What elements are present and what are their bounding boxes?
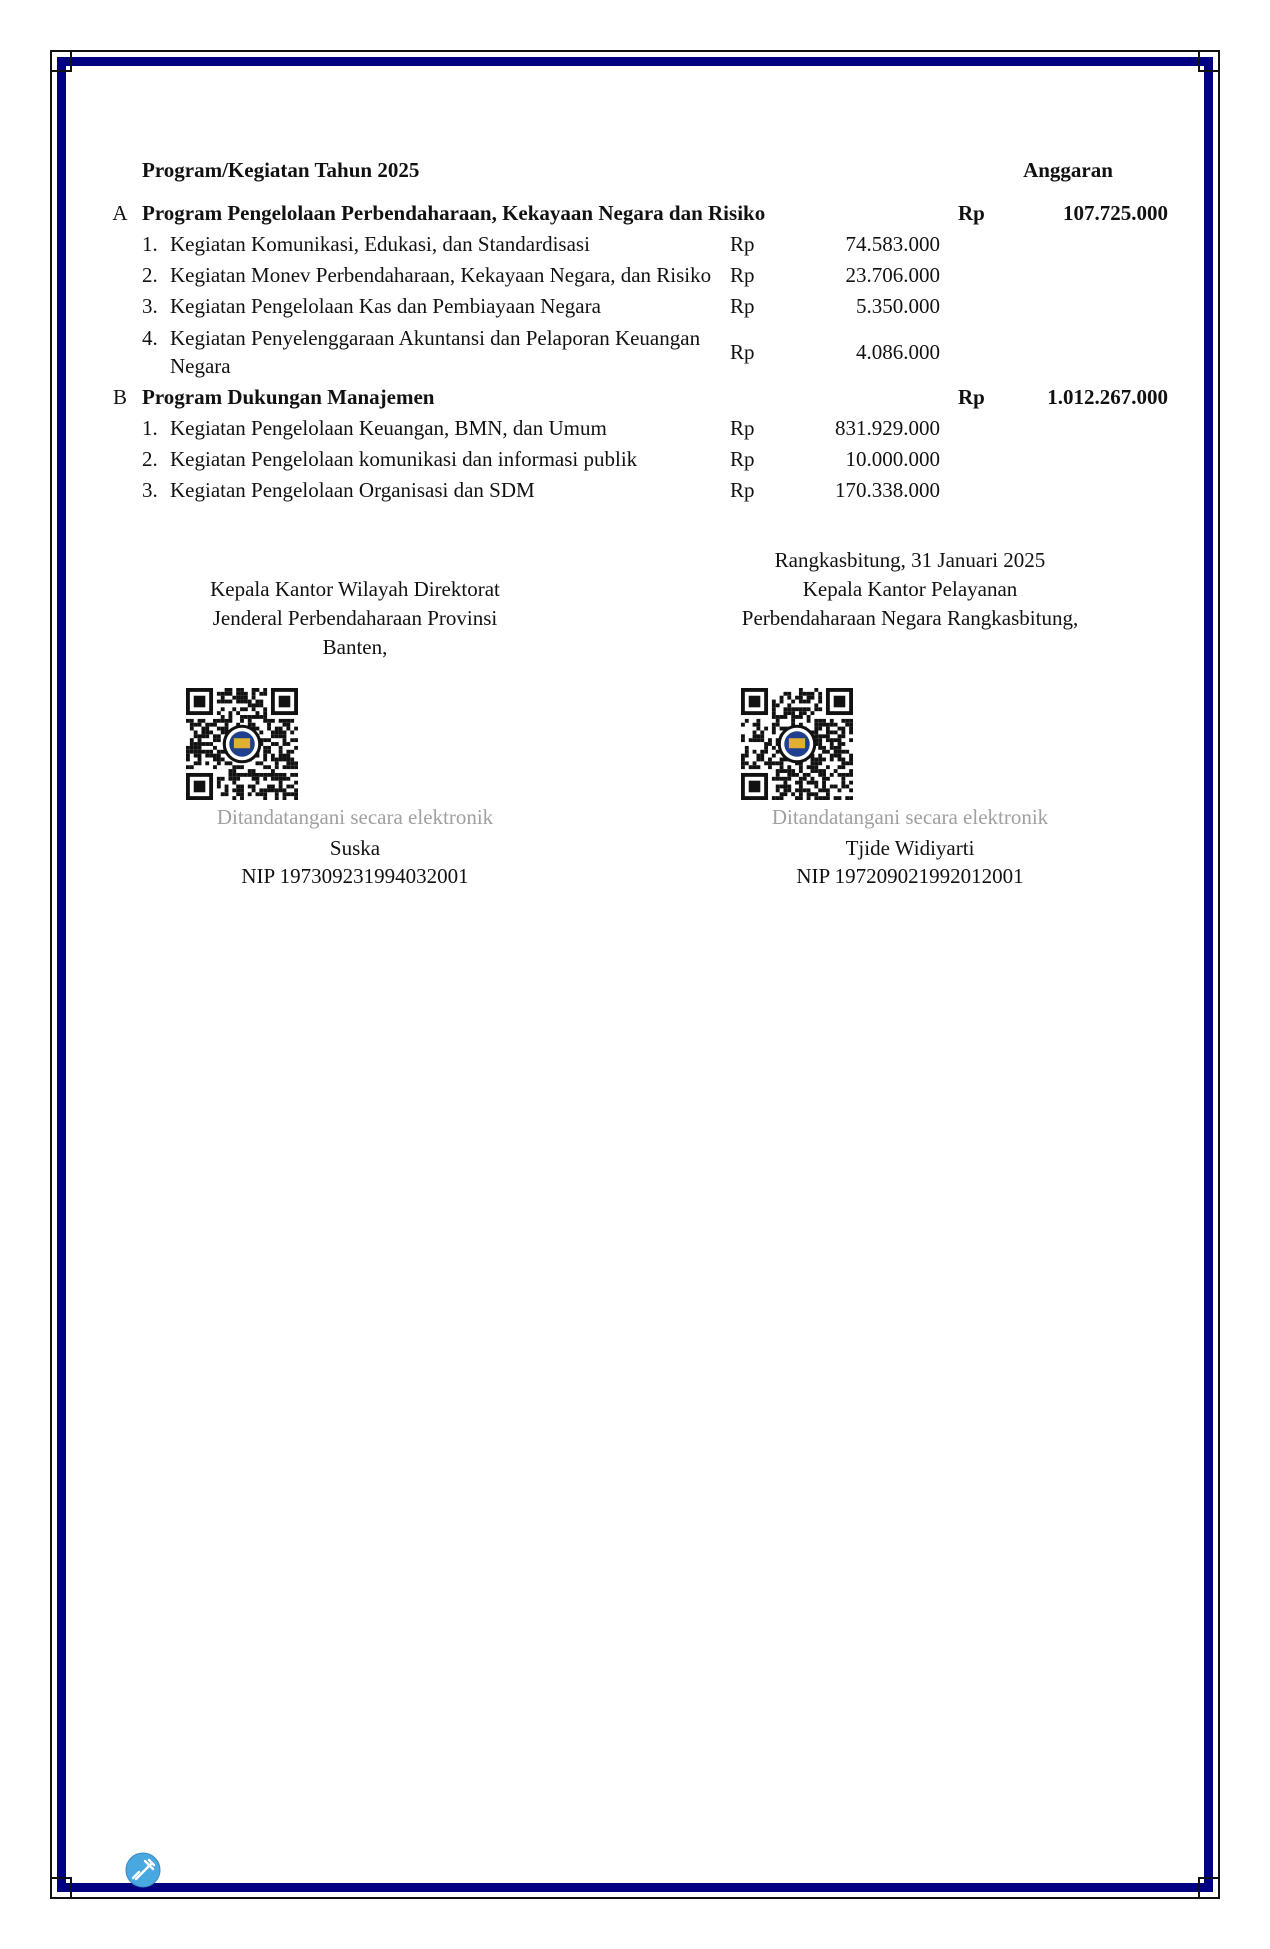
- signer-name: Suska: [160, 834, 550, 862]
- activity-number: 4.: [142, 324, 170, 352]
- activity-amount: 10.000.000: [790, 444, 940, 475]
- program-letter: A: [98, 198, 142, 229]
- activity-amount: 170.338.000: [790, 475, 940, 506]
- activity-label: Kegiatan Pengelolaan Organisasi dan SDM: [170, 475, 730, 506]
- currency: Rp: [730, 475, 790, 506]
- activity-number: 3.: [142, 291, 170, 322]
- signer-nip: NIP 197309231994032001: [160, 862, 550, 890]
- activity-number: 2.: [142, 444, 170, 475]
- signer-right: Tjide Widiyarti NIP 197209021992012001: [715, 834, 1105, 890]
- program-label: Program Dukungan Manajemen: [142, 382, 958, 413]
- activity-amount: 831.929.000: [790, 413, 940, 444]
- signer-title-line: Perbendaharaan Negara Rangkasbitung,: [680, 604, 1140, 633]
- table-header: Program/Kegiatan Tahun 2025 Anggaran: [98, 155, 1168, 186]
- activity-row: 2.Kegiatan Monev Perbendaharaan, Kekayaa…: [98, 260, 1168, 291]
- activity-number: 3.: [142, 475, 170, 506]
- signer-title-line: Kepala Kantor Wilayah Direktorat: [160, 575, 550, 604]
- signer-title-line: Banten,: [160, 633, 550, 662]
- currency: Rp: [730, 229, 790, 260]
- header-program: Program/Kegiatan Tahun 2025: [142, 155, 998, 186]
- activity-label: Kegiatan Pengelolaan Keuangan, BMN, dan …: [170, 413, 730, 444]
- currency: Rp: [730, 338, 790, 366]
- corner-ornament: [1198, 50, 1220, 72]
- activity-amount: 23.706.000: [790, 260, 940, 291]
- signer-nip: NIP 197209021992012001: [715, 862, 1105, 890]
- program-label: Program Pengelolaan Perbendaharaan, Keka…: [142, 198, 958, 229]
- program-row: BProgram Dukungan ManajemenRp1.012.267.0…: [98, 382, 1168, 413]
- program-letter: B: [98, 382, 142, 413]
- place-date: Rangkasbitung, 31 Januari 2025: [680, 546, 1140, 575]
- signer-title-line: Kepala Kantor Pelayanan: [680, 575, 1140, 604]
- currency: Rp: [730, 413, 790, 444]
- activity-amount: 74.583.000: [790, 229, 940, 260]
- corner-ornament: [50, 50, 72, 72]
- activity-number: 2.: [142, 260, 170, 291]
- activity-number: 1.: [142, 413, 170, 444]
- footer-logo-icon: [125, 1852, 161, 1888]
- activity-row: 1.Kegiatan Pengelolaan Keuangan, BMN, da…: [98, 413, 1168, 444]
- signature-block-left: Kepala Kantor Wilayah Direktorat Jendera…: [160, 575, 550, 662]
- currency: Rp: [958, 382, 1018, 413]
- signer-name: Tjide Widiyarti: [715, 834, 1105, 862]
- signature-block-right: Rangkasbitung, 31 Januari 2025 Kepala Ka…: [680, 546, 1140, 633]
- currency: Rp: [730, 291, 790, 322]
- activity-label: Kegiatan Monev Perbendaharaan, Kekayaan …: [170, 260, 730, 291]
- electronic-signature-note: Ditandatangani secara elektronik: [160, 805, 550, 830]
- corner-ornament: [50, 1877, 72, 1899]
- activity-label: Kegiatan Penyelenggaraan Akuntansi dan P…: [170, 324, 730, 380]
- corner-ornament: [1198, 1877, 1220, 1899]
- qr-code-icon: [741, 688, 853, 800]
- activity-amount: 4.086.000: [790, 338, 940, 366]
- currency: Rp: [958, 198, 1018, 229]
- budget-table: Program/Kegiatan Tahun 2025 Anggaran APr…: [98, 155, 1168, 506]
- activity-row: 1.Kegiatan Komunikasi, Edukasi, dan Stan…: [98, 229, 1168, 260]
- program-amount: 1.012.267.000: [1018, 382, 1168, 413]
- activity-row: 4.Kegiatan Penyelenggaraan Akuntansi dan…: [98, 322, 1168, 382]
- header-budget: Anggaran: [968, 155, 1168, 186]
- signer-title-line: Jenderal Perbendaharaan Provinsi: [160, 604, 550, 633]
- activity-row: 3.Kegiatan Pengelolaan Kas dan Pembiayaa…: [98, 291, 1168, 322]
- activity-label: Kegiatan Pengelolaan Kas dan Pembiayaan …: [170, 291, 730, 322]
- currency: Rp: [730, 260, 790, 291]
- qr-code-icon: [186, 688, 298, 800]
- activity-label: Kegiatan Pengelolaan komunikasi dan info…: [170, 444, 730, 475]
- activity-row: 2.Kegiatan Pengelolaan komunikasi dan in…: [98, 444, 1168, 475]
- currency: Rp: [730, 444, 790, 475]
- program-amount: 107.725.000: [1018, 198, 1168, 229]
- program-row: AProgram Pengelolaan Perbendaharaan, Kek…: [98, 198, 1168, 229]
- activity-number: 1.: [142, 229, 170, 260]
- program-list: AProgram Pengelolaan Perbendaharaan, Kek…: [98, 198, 1168, 506]
- activity-row: 3.Kegiatan Pengelolaan Organisasi dan SD…: [98, 475, 1168, 506]
- activity-amount: 5.350.000: [790, 291, 940, 322]
- signer-left: Suska NIP 197309231994032001: [160, 834, 550, 890]
- electronic-signature-note: Ditandatangani secara elektronik: [715, 805, 1105, 830]
- activity-label: Kegiatan Komunikasi, Edukasi, dan Standa…: [170, 229, 730, 260]
